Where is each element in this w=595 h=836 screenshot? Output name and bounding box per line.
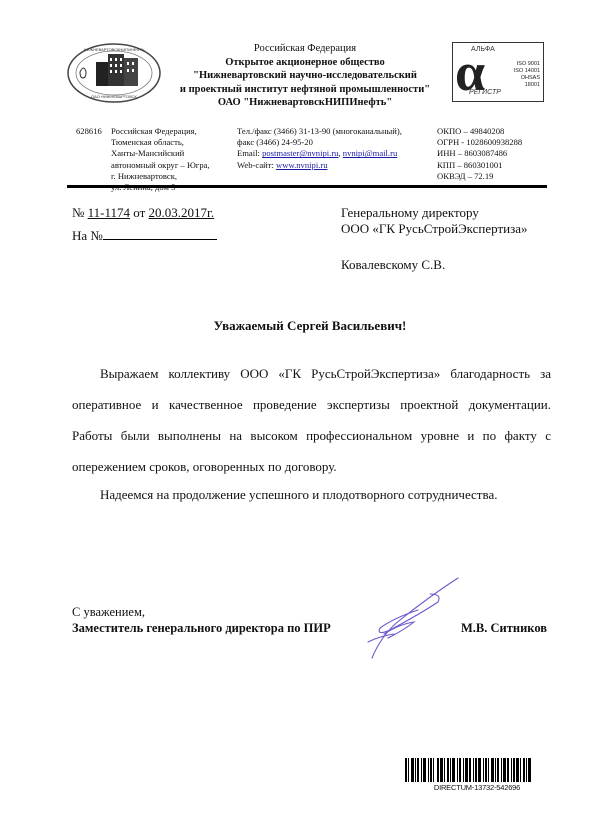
okpo-code: ОКПО – 49840208: [437, 126, 557, 137]
website-link[interactable]: www.nvnipi.ru: [276, 160, 327, 170]
fax-line: факс (3466) 24-95-20: [237, 137, 427, 148]
signature-icon: [360, 572, 470, 662]
handwritten-signature: [360, 572, 470, 662]
svg-text:НИЖНЕВАРТОВСКНИПИНЕФТЬ: НИЖНЕВАРТОВСКНИПИНЕФТЬ: [84, 47, 145, 52]
email-link-postmaster[interactable]: postmaster@nvnipi.ru: [262, 148, 338, 158]
ref-number-prefix: №: [72, 205, 88, 220]
org-short-name: ОАО "НижневартовскНИПИнефть": [170, 96, 440, 110]
org-name-line-2: и проектный институт нефтяной промышленн…: [170, 83, 440, 97]
signatory-name: М.В. Ситников: [461, 620, 547, 636]
paragraph-gratitude: Выражаем коллективу ООО «ГК РусьСтройЭкс…: [72, 358, 551, 482]
paragraph-1-text: Выражаем коллективу ООО «ГК РусьСтройЭкс…: [72, 366, 551, 474]
header-divider: [67, 185, 547, 188]
complimentary-close: С уважением,: [72, 604, 145, 620]
alfa-register-logo: АЛЬФА α ISO 9001 ISO 14001 OHSAS 18001 Р…: [452, 42, 544, 102]
email-line: Email: postmaster@nvnipi.ru, nvnipi@mail…: [237, 148, 427, 159]
email-link-nvnipi[interactable]: nvnipi@mail.ru: [343, 148, 397, 158]
letterhead-title: Российская Федерация Открытое акционерно…: [170, 42, 440, 110]
cert-iso14001: ISO 14001: [508, 68, 540, 75]
phone-line: Тел./факс (3466) 31-13-90 (многоканальны…: [237, 126, 427, 137]
ref-date-prefix: от: [130, 205, 149, 220]
addressee-name: Ковалевскому С.В.: [341, 257, 528, 273]
postal-code: 628616: [76, 126, 102, 137]
outgoing-reference: № 11-1174 от 20.03.2017г.: [72, 205, 214, 221]
address-line: Российская Федерация,: [111, 126, 231, 137]
greeting: Уважаемый Сергей Васильевич!: [60, 318, 560, 334]
postal-address: Российская Федерация, Тюменская область,…: [111, 126, 231, 193]
institute-logo: НИЖНЕВАРТОВСКНИПИНЕФТЬ ОАО НИЖНЕВАРТОВСК: [66, 42, 162, 104]
website-line: Web-сайт: www.nvnipi.ru: [237, 160, 427, 171]
contacts: Тел./факс (3466) 31-13-90 (многоканальны…: [237, 126, 427, 171]
ogrn-code: ОГРН - 1028600938288: [437, 137, 557, 148]
signatory-position: Заместитель генерального директора по ПИ…: [72, 620, 331, 636]
reply-label: На №: [72, 228, 103, 243]
reply-number-blank: [103, 227, 217, 240]
org-name-line-1: "Нижневартовский научно-исследовательски…: [170, 69, 440, 83]
cert-iso9001: ISO 9001: [508, 61, 540, 68]
email-label: Email:: [237, 148, 262, 158]
address-line: Ханты-Мансийский: [111, 148, 231, 159]
paragraph-closing: Надеемся на продолжение успешного и плод…: [72, 479, 551, 510]
country-line: Российская Федерация: [170, 42, 440, 56]
registration-codes: ОКПО – 49840208 ОГРН - 1028600938288 ИНН…: [437, 126, 557, 182]
org-type-line: Открытое акционерное общество: [170, 56, 440, 70]
register-text: РЕГИСТР: [469, 89, 501, 96]
addressee-company: ООО «ГК РусьСтройЭкспертиза»: [341, 221, 528, 237]
cert-ohsas18001: OHSAS 18001: [508, 75, 540, 89]
kpp-code: КПП – 860301001: [437, 160, 557, 171]
barcode-label: DIRECTUM-13732-542696: [405, 783, 549, 792]
website-label: Web-сайт:: [237, 160, 276, 170]
barcode: [405, 758, 549, 782]
inn-code: ИНН – 8603087486: [437, 148, 557, 159]
address-line: Тюменская область,: [111, 137, 231, 148]
iso-certs: ISO 9001 ISO 14001 OHSAS 18001: [508, 61, 540, 89]
ref-number: 11-1174: [88, 205, 130, 220]
okved-code: ОКВЭД – 72.19: [437, 171, 557, 182]
incoming-reference: На №: [72, 227, 217, 244]
address-line: г. Нижневартовск,: [111, 171, 231, 182]
address-line: автономный округ – Югра,: [111, 160, 231, 171]
building-emblem-icon: НИЖНЕВАРТОВСКНИПИНЕФТЬ ОАО НИЖНЕВАРТОВСК: [66, 42, 162, 104]
addressee-position: Генеральному директору: [341, 205, 528, 221]
ref-date: 20.03.2017г.: [149, 205, 215, 220]
paragraph-2-text: Надеемся на продолжение успешного и плод…: [100, 487, 497, 502]
svg-text:ОАО НИЖНЕВАРТОВСК: ОАО НИЖНЕВАРТОВСК: [91, 94, 137, 99]
addressee: Генеральному директору ООО «ГК РусьСтрой…: [341, 205, 528, 273]
